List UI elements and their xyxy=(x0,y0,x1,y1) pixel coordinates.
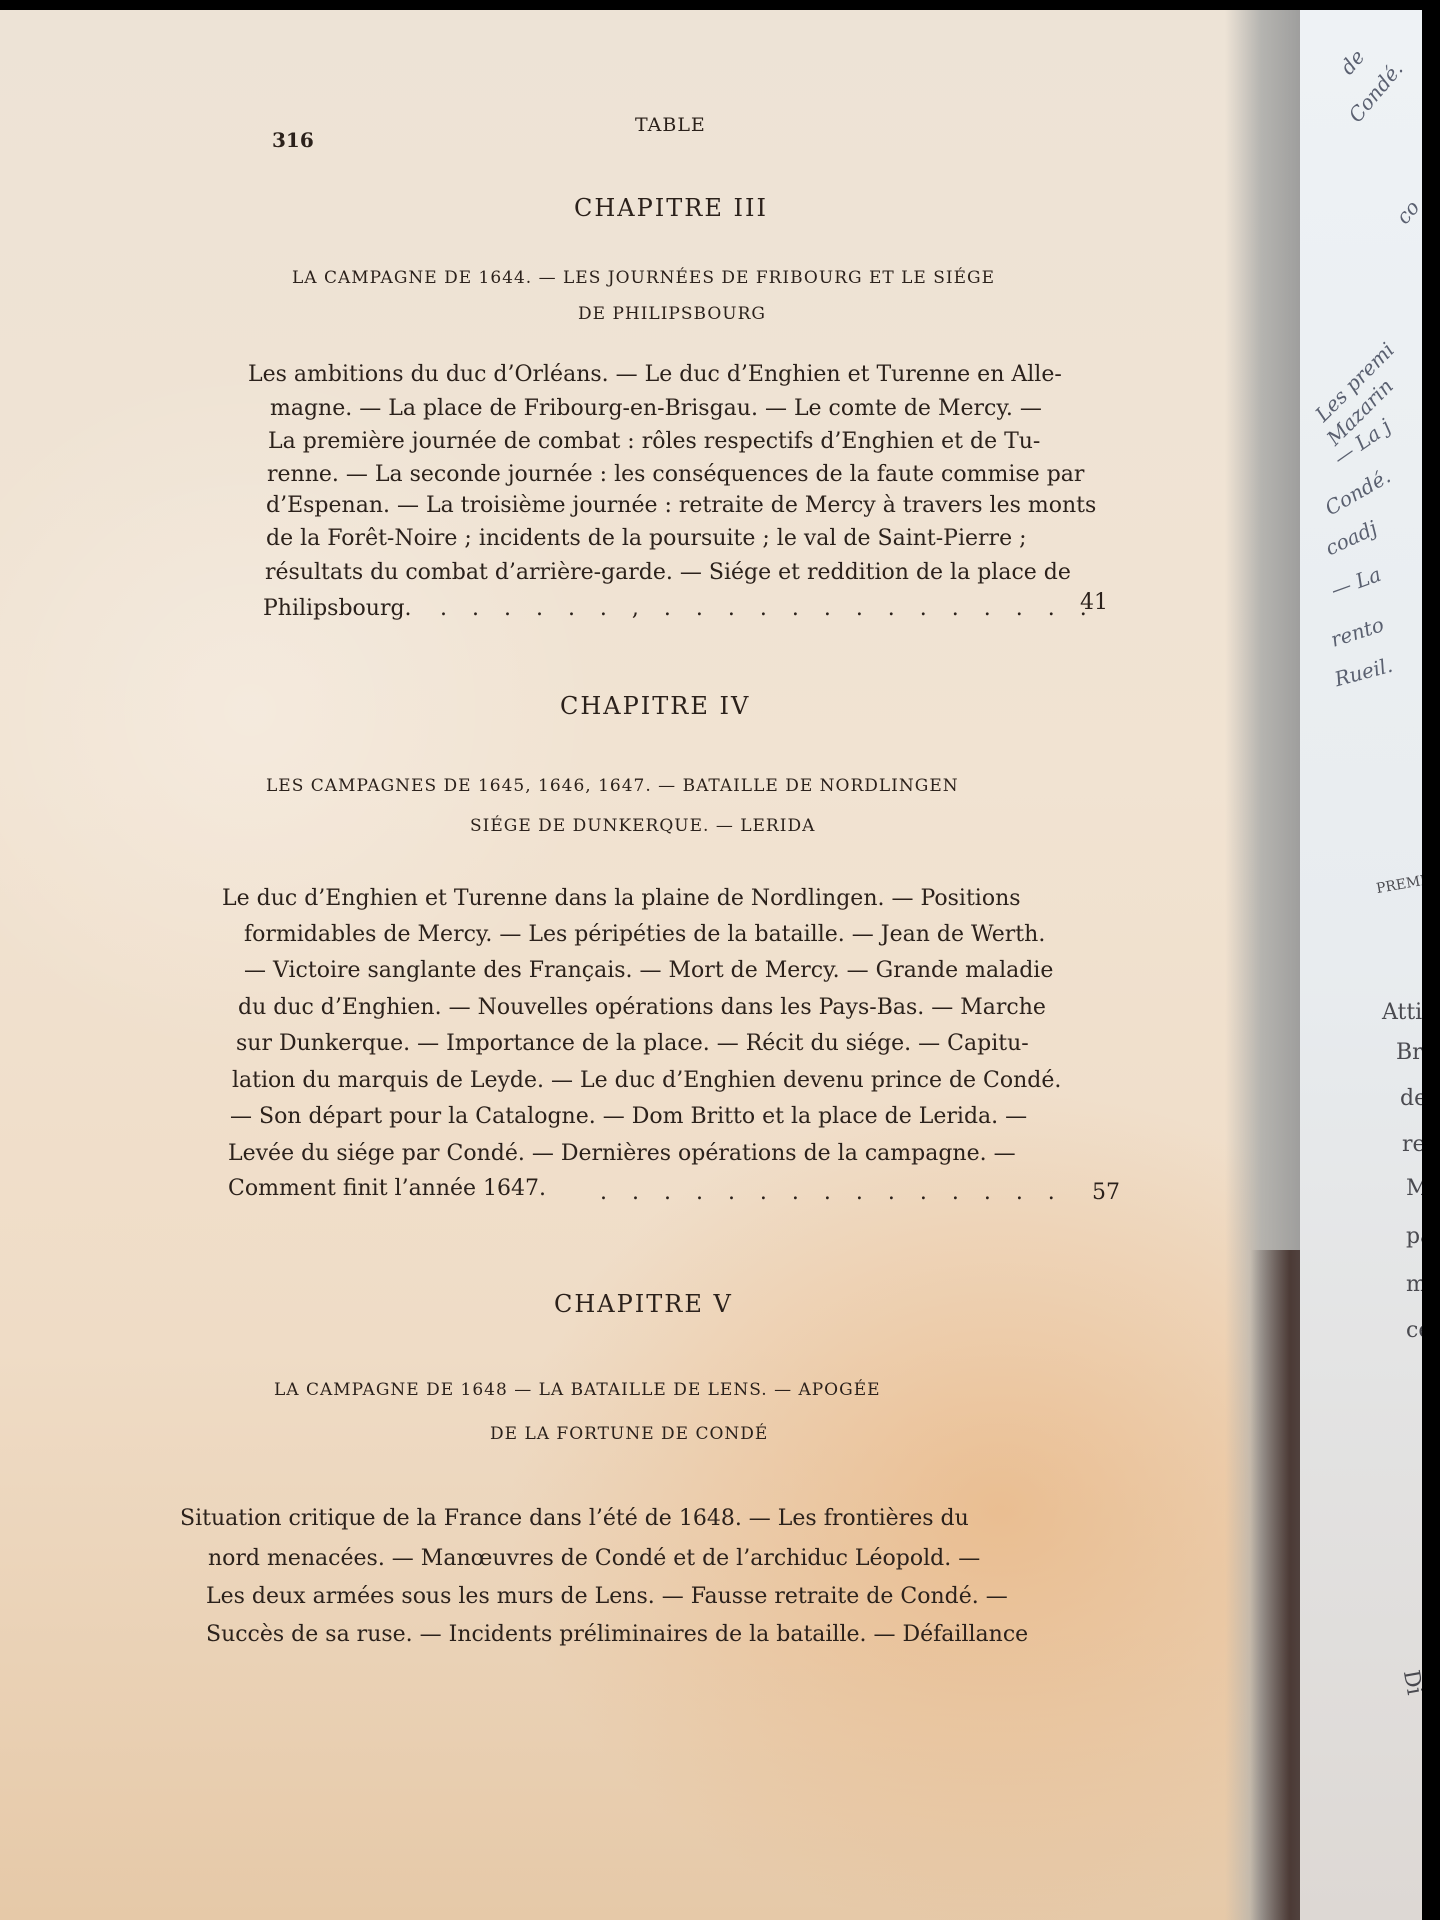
page-number: 316 xyxy=(272,128,314,152)
summary-last-line: Comment finit l’année 1647. xyxy=(228,1176,546,1201)
facing-page-text: rento xyxy=(1328,612,1387,652)
facing-page-edge: de Condé. co Les premi Mazarin — La j Co… xyxy=(1300,10,1422,1920)
summary-line: Les ambitions du duc d’Orléans. — Le duc… xyxy=(248,362,1062,387)
dot-leader: . . . . . . , . . . . . . . . . . . . . … xyxy=(440,596,1096,621)
summary-line: résultats du combat d’arrière-garde. — S… xyxy=(265,560,1071,585)
facing-page-text: co xyxy=(1391,195,1422,228)
chapter-subtitle: SIÉGE DE DUNKERQUE. — LERIDA xyxy=(470,816,815,836)
summary-line: formidables de Mercy. — Les péripéties d… xyxy=(244,922,1045,947)
facing-page-text: coadj xyxy=(1321,516,1380,561)
summary-line: lation du marquis de Leyde. — Le duc d’E… xyxy=(232,1068,1061,1093)
facing-page-text: Ma xyxy=(1406,1176,1422,1201)
summary-line: — Son départ pour la Catalogne. — Dom Br… xyxy=(230,1104,1027,1129)
page-reference[interactable]: 57 xyxy=(1092,1180,1120,1205)
facing-page-text: Rueil. xyxy=(1332,653,1395,691)
facing-page-text: PREMIÈ xyxy=(1375,871,1422,897)
facing-page-text: — La xyxy=(1327,562,1384,602)
summary-line: sur Dunkerque. — Importance de la place.… xyxy=(236,1031,1029,1056)
chapter-subtitle: LES CAMPAGNES DE 1645, 1646, 1647. — BAT… xyxy=(266,776,959,796)
chapter-subtitle: DE LA FORTUNE DE CONDÉ xyxy=(490,1424,768,1444)
summary-line: du duc d’Enghien. — Nouvelles opérations… xyxy=(238,995,1046,1020)
summary-line: magne. — La place de Fribourg-en-Brisgau… xyxy=(270,396,1042,421)
summary-line: nord menacées. — Manœuvres de Condé et d… xyxy=(208,1546,980,1571)
summary-line: La première journée de combat : rôles re… xyxy=(268,429,1040,454)
summary-line: Succès de sa ruse. — Incidents prélimina… xyxy=(206,1622,1028,1647)
running-head: TABLE xyxy=(635,114,706,136)
chapter-subtitle: DE PHILIPSBOURG xyxy=(578,304,766,324)
facing-page-text: m xyxy=(1406,1272,1422,1297)
page-reference[interactable]: 41 xyxy=(1080,590,1108,615)
facing-page-text: Di xyxy=(1398,1668,1422,1697)
facing-page-text: Condé. xyxy=(1321,464,1395,520)
chapter-subtitle: LA CAMPAGNE DE 1648 — LA BATAILLE DE LEN… xyxy=(274,1380,881,1400)
chapter-title: CHAPITRE III xyxy=(574,194,768,222)
facing-page-text: de xyxy=(1400,1086,1422,1111)
facing-page-text: de xyxy=(1335,45,1369,79)
facing-page-text: Attitu xyxy=(1382,1000,1422,1025)
summary-line: Le duc d’Enghien et Turenne dans la plai… xyxy=(222,886,1021,911)
facing-page-text: Bro xyxy=(1396,1040,1422,1065)
summary-line: Les deux armées sous les murs de Lens. —… xyxy=(206,1584,1008,1609)
summary-last-line: Philipsbourg. xyxy=(263,596,412,621)
chapter-subtitle: LA CAMPAGNE DE 1644. — LES JOURNÉES DE F… xyxy=(292,268,995,288)
facing-page-text: pa xyxy=(1406,1224,1422,1249)
summary-line: d’Espenan. — La troisième journée : retr… xyxy=(266,493,1096,518)
summary-line: renne. — La seconde journée : les conséq… xyxy=(267,462,1084,487)
chapter-title: CHAPITRE V xyxy=(554,1290,733,1318)
chapter-title: CHAPITRE IV xyxy=(560,692,750,720)
summary-line: Situation critique de la France dans l’é… xyxy=(180,1506,969,1531)
facing-page-text: ce xyxy=(1406,1318,1422,1343)
facing-page-text: ren xyxy=(1402,1132,1422,1157)
summary-line: Levée du siége par Condé. — Dernières op… xyxy=(228,1141,1016,1166)
summary-line: — Victoire sanglante des Français. — Mor… xyxy=(244,958,1053,983)
dot-leader: . . . . . . . . . . . . . . . xyxy=(600,1180,1064,1205)
summary-line: de la Forêt-Noire ; incidents de la pour… xyxy=(266,526,1027,551)
